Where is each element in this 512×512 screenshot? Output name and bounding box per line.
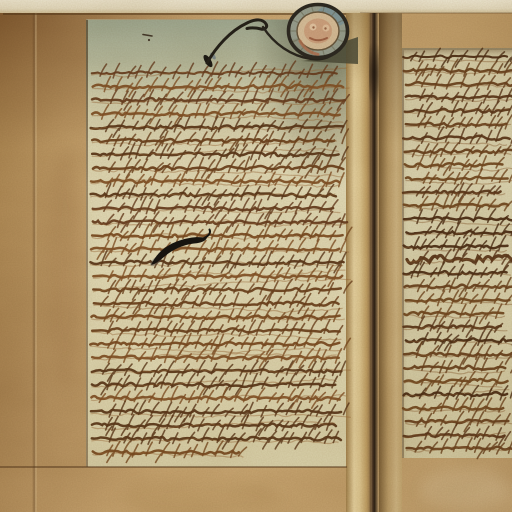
medallion-illumination [143,2,358,69]
handwriting-ink-layer [0,0,512,512]
manuscript-photo [0,0,512,512]
